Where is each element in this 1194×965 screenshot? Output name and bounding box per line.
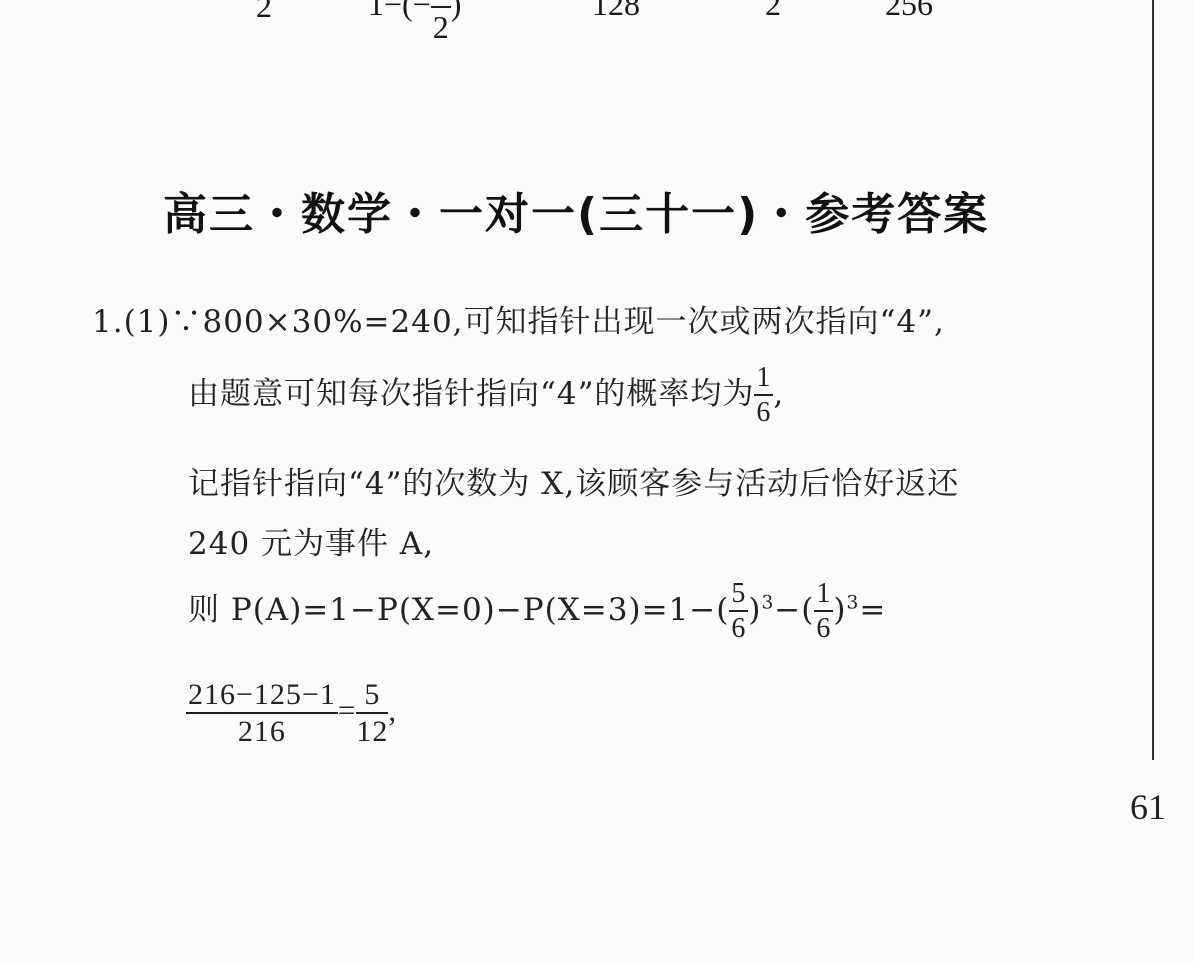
answer-line-3: 记指针指向“4”的次数为 X,该顾客参与活动后恰好返还 <box>188 458 959 503</box>
answer-line-2: 由题意可知每次指针指向“4”的概率均为16, <box>188 364 784 427</box>
equals: = <box>859 592 886 628</box>
numerator: 1 <box>754 364 773 396</box>
numerator: 216−125−1 <box>186 680 338 714</box>
line5-prefix: 则 P(A)=1−P(X=0)−P(X=3)=1−( <box>188 592 729 628</box>
exponent: 3 <box>846 593 859 614</box>
numerator: 5 <box>356 680 388 714</box>
fraction-numerator-expression: 216−125−1216 <box>186 680 338 747</box>
minus-open: −( <box>774 592 814 628</box>
fraction-five-sixths: 56 <box>729 580 748 643</box>
expr-prefix: 1−(− <box>368 0 431 22</box>
line2-text: 由题意可知每次指针指向“4”的概率均为 <box>188 376 754 412</box>
line2-tail: , <box>773 376 784 412</box>
numerator: 1 <box>431 0 451 8</box>
fraction-one-sixth: 16 <box>814 580 833 643</box>
equals: = <box>338 693 356 728</box>
denominator: 12 <box>356 714 388 747</box>
page-number: 61 <box>1130 786 1166 828</box>
fraction-five-twelfths: 512 <box>356 680 388 747</box>
section-title: 高三・数学・一对一(三十一)・参考答案 <box>163 178 989 242</box>
answer-line-1: 1.(1)∵800×30%=240,可知指针出现一次或两次指向“4”, <box>92 296 945 341</box>
top-fragment-n2: 2 <box>765 0 781 23</box>
denominator: 6 <box>729 612 748 643</box>
margin-rule <box>1152 0 1154 760</box>
denominator: 216 <box>186 714 338 747</box>
close-paren: ) <box>833 592 846 628</box>
denominator: 2 <box>431 8 451 43</box>
top-fragment-digit: 2 <box>256 0 272 25</box>
denominator: 6 <box>814 612 833 643</box>
top-fragment-n3: 256 <box>885 0 933 23</box>
answer-line-4: 240 元为事件 A, <box>188 518 434 563</box>
answer-line-5: 则 P(A)=1−P(X=0)−P(X=3)=1−(56)3−(16)3= <box>188 580 886 643</box>
expr-suffix: ) <box>451 0 462 22</box>
close-paren: ) <box>748 592 761 628</box>
numerator: 1 <box>814 580 833 612</box>
comma: , <box>388 693 397 728</box>
exponent: 3 <box>761 593 774 614</box>
numerator: 5 <box>729 580 748 612</box>
top-fragment-n1: 128 <box>592 0 640 23</box>
answer-line-6: 216−125−1216=512, <box>186 680 397 747</box>
top-fragment-expression: 1−(−12) <box>368 0 461 43</box>
fraction: 12 <box>431 0 451 43</box>
fraction-one-sixth: 16 <box>754 364 773 427</box>
denominator: 6 <box>754 396 773 427</box>
